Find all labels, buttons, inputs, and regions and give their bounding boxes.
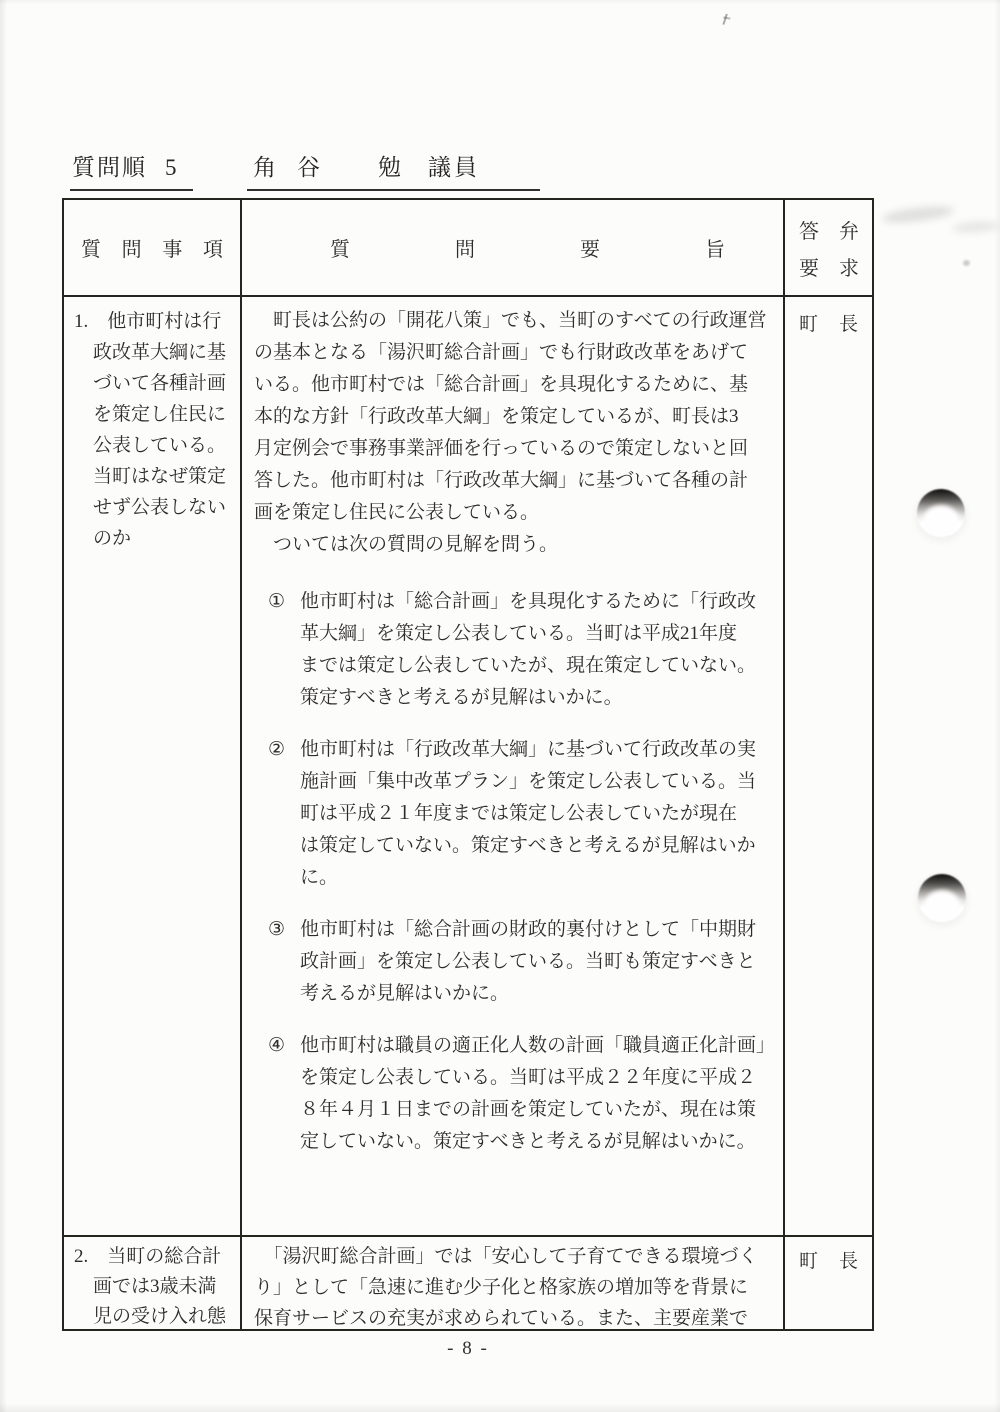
header-char: 問	[455, 233, 475, 262]
punch-hole-shadow-1	[917, 489, 965, 537]
row2-answerer: 町 長	[799, 1246, 858, 1273]
member-name-char: 角	[253, 149, 276, 182]
sub-question-2: ② 他市町村は「行政改革大綱」に基づいて行政改革の実 施計画「集中改革プラン」を…	[268, 734, 777, 894]
scan-speck	[721, 13, 732, 26]
scan-edge-right	[994, 0, 1000, 1412]
scan-edge-top	[0, 0, 1000, 5]
header-char: 質	[81, 233, 101, 262]
header-question-item: 質 問 事 項	[64, 200, 240, 295]
sub-question-3: ③ 他市町村は「総合計画の財政的裏付けとして「中期財 政計画」を策定し公表してい…	[268, 914, 777, 1010]
page-number: - 8 -	[62, 1338, 874, 1360]
member-suffix: 議員	[428, 149, 480, 182]
answerer-char: 長	[839, 1246, 858, 1273]
sub-question-3-text: 他市町村は「総合計画の財政的裏付けとして「中期財 政計画」を策定し公表している。…	[300, 914, 756, 1010]
sub-question-1-text: 他市町村は「総合計画」を具現化するために「行政改 革大綱」を策定し公表している。…	[300, 586, 756, 714]
scan-smudge-1	[881, 204, 954, 226]
row2-question-summary-cell: 「湯沢町総合計画」では「安心して子育てできる環境づく り」として「急速に進む少子…	[242, 1237, 783, 1329]
sub-question-4-text: 他市町村は職員の適正化人数の計画「職員適正化計画」 を策定し公表している。当町は…	[300, 1030, 775, 1158]
header-answer-request: 答 弁 要 求	[785, 200, 872, 295]
sub-question-3-marker: ③	[268, 914, 300, 1010]
row1-item-text: 1. 他市町村は行 政改革大綱に基 づいて各種計画 を策定し住民に 公表している…	[74, 306, 236, 554]
header-answer-line1: 答 弁	[785, 215, 872, 244]
member-name-char: 谷	[297, 149, 320, 182]
answerer-char: 長	[839, 309, 858, 336]
answerer-char: 町	[799, 1246, 818, 1273]
header-answer-line2: 要 求	[785, 252, 872, 281]
row2-summary-intro: 「湯沢町総合計画」では「安心して子育てできる環境づく り」として「急速に進む少子…	[254, 1241, 777, 1334]
header-char: 問	[122, 233, 142, 262]
punch-hole-shadow-2	[918, 874, 966, 922]
header-char: 質	[330, 233, 350, 262]
row2-question-item-cell: 2. 当町の総合計 画では3歳未満 児の受け入れ態	[64, 1237, 240, 1329]
row1-summary-intro: 町長は公約の「開花八策」でも、当町のすべての行政運営 の基本となる「湯沢町総合計…	[254, 305, 777, 561]
sub-question-2-text: 他市町村は「行政改革大綱」に基づいて行政改革の実 施計画「集中改革プラン」を策定…	[300, 734, 756, 894]
sub-question-1-marker: ①	[268, 586, 300, 714]
row1-answerer: 町 長	[799, 309, 858, 336]
header-char: 項	[203, 233, 223, 262]
header-char: 事	[162, 233, 182, 262]
sub-question-2-marker: ②	[268, 734, 300, 894]
scan-edge-left	[0, 0, 7, 1412]
member-name-char: 勉	[378, 149, 401, 182]
sub-question-4-marker: ④	[268, 1030, 300, 1158]
member-name-title: 角 谷 勉 議員	[247, 149, 540, 191]
question-table: 質 問 事 項 質 問 要 旨 答 弁 要 求 1. 他市町村は行 政改革大綱に…	[62, 198, 874, 1331]
row2-answerer-cell: 町 長	[785, 1237, 872, 1329]
answerer-char: 町	[799, 309, 818, 336]
sub-question-1: ① 他市町村は「総合計画」を具現化するために「行政改 革大綱」を策定し公表してい…	[268, 586, 777, 714]
sub-question-4: ④ 他市町村は職員の適正化人数の計画「職員適正化計画」 を策定し公表している。当…	[268, 1030, 777, 1158]
scan-smudge-2	[952, 220, 1000, 233]
scan-edge-bottom	[0, 1403, 1000, 1412]
document-page: 質問順 5 角 谷 勉 議員 質 問 事 項 質 問 要 旨	[0, 0, 1000, 1412]
row1-question-summary-cell: 町長は公約の「開花八策」でも、当町のすべての行政運営 の基本となる「湯沢町総合計…	[242, 297, 783, 1235]
header-char: 旨	[705, 233, 725, 262]
row1-question-item-cell: 1. 他市町村は行 政改革大綱に基 づいて各種計画 を策定し住民に 公表している…	[64, 297, 240, 1235]
question-order-title: 質問順 5	[70, 149, 193, 191]
header-char: 要	[580, 233, 600, 262]
question-order-label: 質問順	[72, 149, 147, 182]
row2-item-text: 2. 当町の総合計 画では3歳未満 児の受け入れ態	[74, 1242, 236, 1332]
header-question-summary: 質 問 要 旨	[242, 200, 783, 295]
scan-smudge-3	[963, 260, 970, 266]
row1-answerer-cell: 町 長	[785, 297, 872, 1235]
question-order-number: 5	[165, 155, 179, 181]
